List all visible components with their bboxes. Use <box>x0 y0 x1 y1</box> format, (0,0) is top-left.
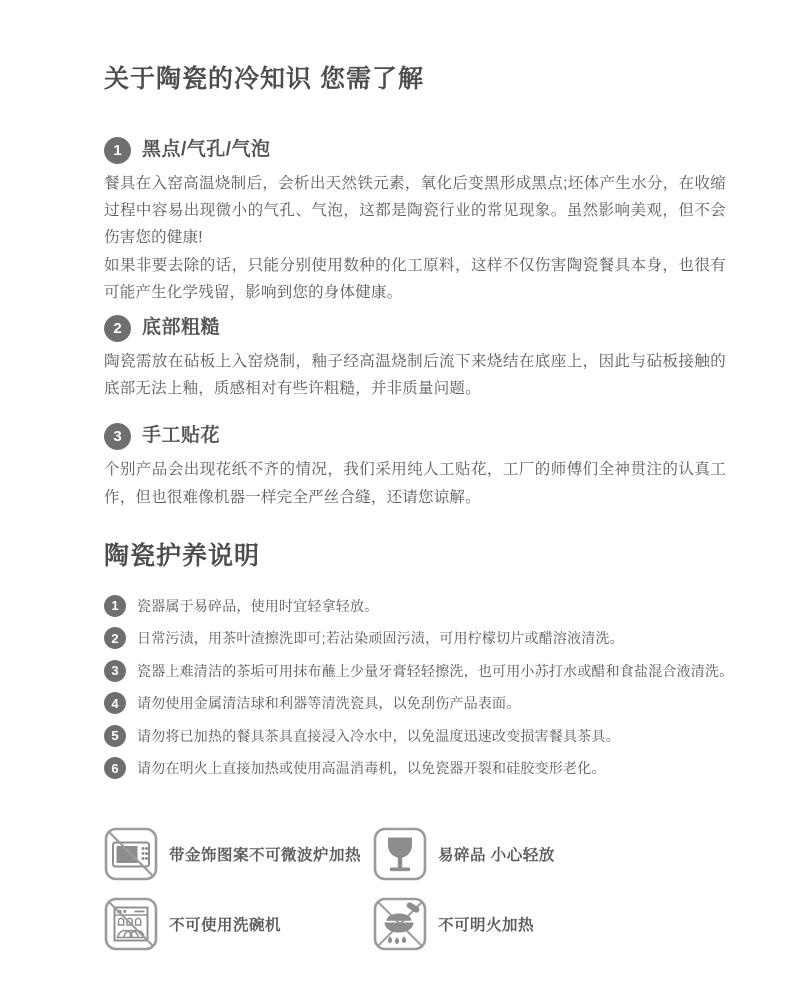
care-list-item: 5 请勿将已加热的餐具茶具直接浸入冷水中，以免温度迅速改变损害餐具茶具。 <box>104 725 726 747</box>
warning-fragile: 易碎品 小心轻放 <box>373 827 726 881</box>
warning-label: 不可使用洗碗机 <box>169 913 281 935</box>
care-list-item: 3 瓷器上难清洁的茶垢可用抹布蘸上少量牙膏轻轻擦洗，也可用小苏打水或醋和食盐混合… <box>104 660 726 682</box>
care-item-text: 请勿在明火上直接加热或使用高温消毒机，以免瓷器开裂和硅胶变形老化。 <box>137 757 606 779</box>
topic-header-black-spots: 1 黑点/气孔/气泡 <box>104 136 726 164</box>
fragile-icon <box>373 827 427 881</box>
knowledge-section: 1 黑点/气孔/气泡 餐具在入窑高温烧制后，会析出天然铁元素，氧化后变黑形成黑点… <box>104 136 726 511</box>
care-number-badge: 2 <box>104 627 126 649</box>
no-dishwasher-icon <box>104 897 158 951</box>
topic-paragraph: 如果非要去除的话，只能分别使用数种的化工原料，这样不仅伤害陶瓷餐具本身，也很有可… <box>104 252 726 306</box>
warning-label: 带金饰图案不可微波炉加热 <box>169 843 361 865</box>
care-number-badge: 3 <box>104 660 126 682</box>
warning-icon-grid: 带金饰图案不可微波炉加热 易碎品 小心轻放 <box>104 827 726 951</box>
topic-number-badge: 3 <box>104 423 131 450</box>
warning-no-dishwasher: 不可使用洗碗机 <box>104 897 373 951</box>
topic-heading: 底部粗糙 <box>142 314 220 342</box>
care-number-badge: 5 <box>104 725 126 747</box>
care-list-item: 2 日常污渍，用茶叶渣擦洗即可;若沾染顽固污渍，可用柠檬切片或醋溶液清洗。 <box>104 627 726 649</box>
care-list-item: 4 请勿使用金属清洁球和利器等清洗瓷具，以免刮伤产品表面。 <box>104 692 726 714</box>
care-item-text: 瓷器属于易碎品，使用时宜轻拿轻放。 <box>137 595 378 617</box>
topic-header-hand-decal: 3 手工贴花 <box>104 422 726 450</box>
care-number-badge: 1 <box>104 595 126 617</box>
ceramic-info-page: 关于陶瓷的冷知识 您需了解 1 黑点/气孔/气泡 餐具在入窑高温烧制后，会析出天… <box>0 0 790 994</box>
care-list-item: 6 请勿在明火上直接加热或使用高温消毒机，以免瓷器开裂和硅胶变形老化。 <box>104 757 726 779</box>
care-item-text: 瓷器上难清洁的茶垢可用抹布蘸上少量牙膏轻轻擦洗，也可用小苏打水或醋和食盐混合液清… <box>137 660 733 682</box>
content-column: 关于陶瓷的冷知识 您需了解 1 黑点/气孔/气泡 餐具在入窑高温烧制后，会析出天… <box>104 62 726 951</box>
no-open-flame-icon <box>373 897 427 951</box>
topic-number-badge: 2 <box>104 315 131 342</box>
no-microwave-icon <box>104 827 158 881</box>
warning-label: 不可明火加热 <box>438 913 534 935</box>
care-list-item: 1 瓷器属于易碎品，使用时宜轻拿轻放。 <box>104 595 726 617</box>
care-item-text: 请勿将已加热的餐具茶具直接浸入冷水中，以免温度迅速改变损害餐具茶具。 <box>137 725 620 747</box>
warning-no-microwave: 带金饰图案不可微波炉加热 <box>104 827 373 881</box>
topic-header-rough-bottom: 2 底部粗糙 <box>104 314 726 342</box>
topic-number-badge: 1 <box>104 137 131 164</box>
warning-no-open-flame: 不可明火加热 <box>373 897 726 951</box>
warning-label: 易碎品 小心轻放 <box>438 843 555 865</box>
care-item-text: 日常污渍，用茶叶渣擦洗即可;若沾染顽固污渍，可用柠檬切片或醋溶液清洗。 <box>137 627 624 649</box>
care-number-badge: 4 <box>104 692 126 714</box>
topic-paragraph: 陶瓷需放在砧板上入窑烧制，釉子经高温烧制后流下来烧结在底座上，因此与砧板接触的底… <box>104 348 726 402</box>
care-item-text: 请勿使用金属清洁球和利器等清洗瓷具，以免刮伤产品表面。 <box>137 692 520 714</box>
page-title: 关于陶瓷的冷知识 您需了解 <box>104 62 726 96</box>
topic-heading: 手工贴花 <box>142 422 220 450</box>
topic-paragraph: 个别产品会出现花纸不齐的情况，我们采用纯人工贴花，工厂的师傅们全神贯注的认真工作… <box>104 456 726 510</box>
care-instruction-list: 1 瓷器属于易碎品，使用时宜轻拿轻放。 2 日常污渍，用茶叶渣擦洗即可;若沾染顽… <box>104 595 726 780</box>
care-number-badge: 6 <box>104 757 126 779</box>
topic-heading: 黑点/气孔/气泡 <box>142 136 271 164</box>
topic-paragraph: 餐具在入窑高温烧制后，会析出天然铁元素，氧化后变黑形成黑点;坯体产生水分，在收缩… <box>104 170 726 252</box>
care-section-title: 陶瓷护养说明 <box>104 539 726 573</box>
